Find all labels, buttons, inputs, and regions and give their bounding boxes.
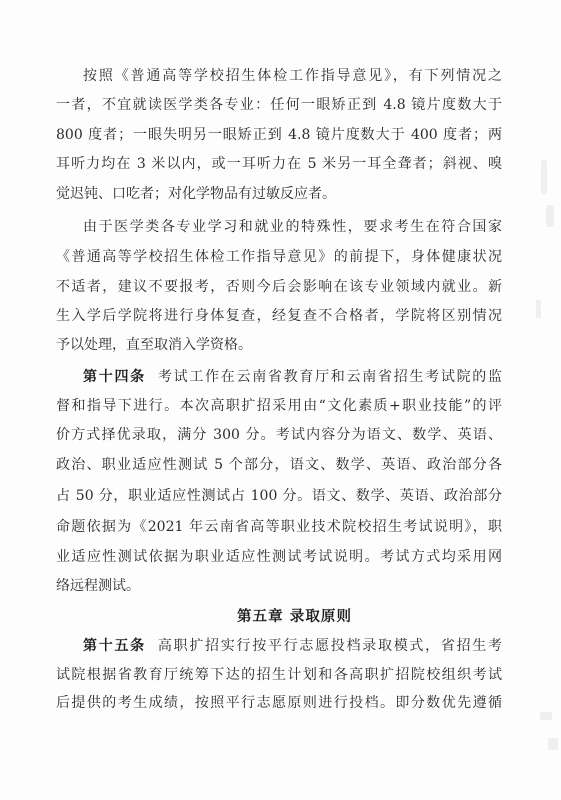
text-line: 络远程测试。 bbox=[56, 577, 502, 595]
text-line: 政治、职业适应性测试 5 个部分，语文、数学、英语、政治部分各 bbox=[56, 456, 502, 474]
text-line: 由于医学类各专业学习和就业的特殊性，要求考生在符合国家 bbox=[83, 218, 502, 236]
text-line: 不适者，建议不要报考，否则今后会影响在该专业领域内就业。新 bbox=[56, 278, 502, 296]
scan-artifact bbox=[540, 712, 552, 720]
scan-artifact bbox=[548, 738, 558, 750]
text-line: 《普通高等学校招生体检工作指导意见》的前提下，身体健康状况 bbox=[56, 248, 502, 266]
chapter-heading: 第五章 录取原则 bbox=[237, 608, 351, 626]
text-line: 试院根据省教育厅统筹下达的招生计划和各高职扩招院校组织考试 bbox=[56, 666, 502, 684]
article-text: 考试工作在云南省教育厅和云南省招生考试院的监 bbox=[158, 369, 502, 385]
document-page: 按照《普通高等学校招生体检工作指导意见》，有下列情况之 一者，不宜就读医学类各专… bbox=[0, 0, 561, 800]
text-line: 800 度者；一眼失明另一眼矫正到 4.8 镜片度数大于 400 度者；两 bbox=[56, 126, 502, 144]
scan-artifact bbox=[536, 300, 541, 318]
text-line: 觉迟钝、口吃者；对化学物品有过敏反应者。 bbox=[56, 185, 502, 203]
text-line: 按照《普通高等学校招生体检工作指导意见》，有下列情况之 bbox=[83, 67, 502, 85]
text-line: 第十五条高职扩招实行按平行志愿投档录取模式，省招生考 bbox=[83, 637, 502, 655]
text-line: 价方式择优录取，满分 300 分。考试内容分为语文、数学、英语、 bbox=[56, 426, 502, 444]
text-line: 业适应性测试依据为职业适应性测试考试说明。考试方式均采用网 bbox=[56, 548, 502, 566]
text-line: 第十四条考试工作在云南省教育厅和云南省招生考试院的监 bbox=[83, 368, 502, 386]
text-line: 占 50 分，职业适应性测试占 100 分。语文、数学、英语、政治部分 bbox=[56, 487, 502, 505]
article-text: 高职扩招实行按平行志愿投档录取模式，省招生考 bbox=[158, 638, 502, 654]
article-label: 第十五条 bbox=[83, 638, 146, 654]
text-line: 后提供的考生成绩，按照平行志愿原则进行投档。即分数优先遵循 bbox=[56, 694, 502, 712]
text-line: 耳听力均在 3 米以内，或一耳听力在 5 米另一耳全聋者；斜视、嗅 bbox=[56, 155, 502, 173]
text-line: 予以处理，直至取消入学资格。 bbox=[56, 336, 502, 354]
text-line: 生入学后学院将进行身体复查，经复查不合格者，学院将区别情况 bbox=[56, 307, 502, 325]
scan-artifact bbox=[541, 160, 547, 194]
text-line: 一者，不宜就读医学类各专业：任何一眼矫正到 4.8 镜片度数大于 bbox=[56, 96, 502, 114]
text-line: 督和指导下进行。本次高职扩招采用由“文化素质+职业技能”的评 bbox=[56, 397, 502, 415]
article-label: 第十四条 bbox=[83, 369, 146, 385]
text-line: 命题依据为《2021 年云南省高等职业技术院校招生考试说明》，职 bbox=[56, 518, 502, 536]
scan-artifact bbox=[546, 205, 554, 227]
